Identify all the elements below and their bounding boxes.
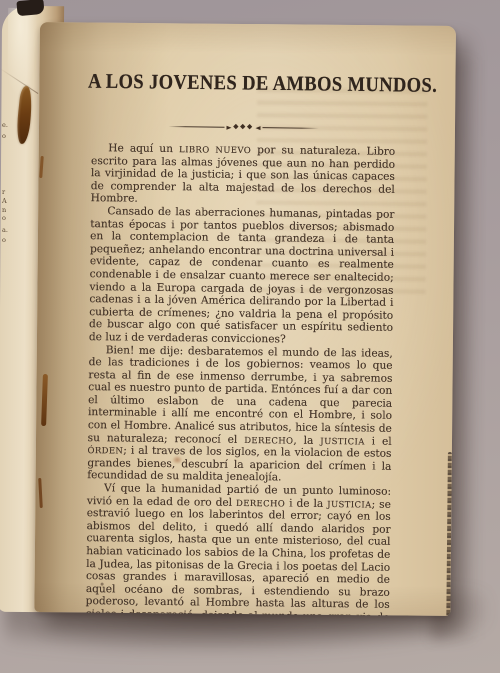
divider-line-right: [263, 127, 319, 129]
divider-diamonds: ◆◆◆: [233, 123, 254, 130]
small-caps-text: LIBRO NUEVO: [179, 144, 251, 155]
body-text: ; se estravió luego en los laberintos de…: [85, 498, 391, 616]
small-caps-text: DERECHO: [236, 498, 285, 509]
small-caps-text: ÓRDEN: [87, 445, 123, 455]
body-text: i de la: [285, 497, 327, 510]
body-text: He aquí un: [108, 142, 179, 155]
body-text: Bien! me dije: desbaratemos el mundo de …: [88, 344, 393, 446]
small-caps-text: JUSTICIA: [320, 436, 365, 447]
divider-arrow-right: [256, 126, 261, 130]
paragraph-2: Cansado de las aberraciones humanas, pin…: [89, 205, 395, 347]
book-photo: e.orAnoa.o A LOS JOVENES DE AMBOS MUNDOS…: [0, 0, 500, 673]
ornamental-divider: ◆◆◆: [87, 122, 399, 133]
body-text: , la: [293, 434, 320, 446]
body-text: ; i al traves de los siglos, en la viola…: [87, 445, 391, 484]
body-text: Cansado de las aberraciones humanas, pin…: [89, 205, 395, 345]
divider-arrow-left: [226, 125, 231, 129]
book-page: A LOS JOVENES DE AMBOS MUNDOS. ◆◆◆ He aq…: [34, 22, 456, 616]
paragraph-3: Bien! me dije: desbaratemos el mundo de …: [87, 344, 393, 486]
small-caps-text: DERECHO: [244, 435, 293, 446]
page-title: A LOS JOVENES DE AMBOS MUNDOS.: [88, 71, 400, 98]
small-caps-text: JUSTICIA: [327, 499, 372, 510]
printed-content: A LOS JOVENES DE AMBOS MUNDOS. ◆◆◆ He aq…: [34, 22, 456, 616]
page-body: He aquí un LIBRO NUEVO por su naturaleza…: [85, 142, 395, 616]
paragraph-1: He aquí un LIBRO NUEVO por su naturaleza…: [91, 142, 396, 209]
paragraph-4: Ví que la humanidad partió de un punto l…: [85, 482, 391, 616]
body-text: i el: [365, 435, 392, 447]
divider-line-left: [168, 126, 224, 128]
